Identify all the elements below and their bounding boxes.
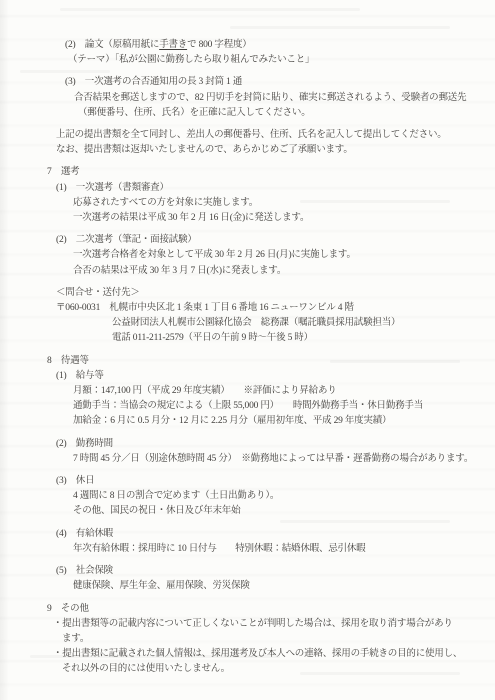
document-body: (2) 論文（原稿用紙に手書きで 800 字程度）（テーマ）「私が公園に勤務した… <box>0 38 495 678</box>
doc-line: (3) 一次選考の合否通知用の長 3 封筒 1 通 <box>65 75 495 90</box>
doc-line: 電話 011-211-2579（平日の午前 9 時～午後 5 時） <box>112 331 495 346</box>
doc-line: 健康保険、厚生年金、雇用保険、労災保険 <box>73 579 495 594</box>
doc-line: 加給金：6 月に 0.5 月分・12 月に 2.25 月分（雇用初年度、平成 2… <box>73 414 495 429</box>
doc-line: 上記の提出書類を全て同封し、差出人の郵便番号、住所、氏名を記入して提出してくださ… <box>56 128 495 143</box>
doc-line: (2) 論文（原稿用紙に手書きで 800 字程度） <box>65 38 495 53</box>
doc-line: 8 待遇等 <box>47 354 495 369</box>
doc-line: 合否の結果は平成 30 年 3 月 7 日(水)に発表します。 <box>73 264 495 279</box>
doc-line: 4 週間に 8 日の割合で定めます（土日出勤あり）。 <box>73 489 495 504</box>
doc-line: 公益財団法人札幌市公園緑化協会 総務課（嘱託職員採用試験担当） <box>112 316 495 331</box>
scan-artifact <box>230 26 450 29</box>
doc-line: その他、国民の祝日・休日及び年末年始 <box>73 504 495 519</box>
doc-line: 応募されたすべての方を対象に実施します。 <box>73 196 495 211</box>
doc-line: (1) 給与等 <box>56 369 495 384</box>
doc-line: 年次有給休暇：採用時に 10 日付与 特別休暇：結婚休暇、忌引休暇 <box>73 542 495 557</box>
underlined-text: 手書き <box>159 40 187 50</box>
doc-line: なお、提出書類は返却いたしませんので、あらかじめご了承願います。 <box>56 143 495 158</box>
doc-line: (5) 社会保険 <box>56 564 495 579</box>
doc-line: 9 その他 <box>47 602 495 617</box>
doc-line: 7 選考 <box>47 165 495 180</box>
text-segment: (2) 論文（原稿用紙に <box>65 40 159 50</box>
doc-line: それ以外の目的には使用いたしません。 <box>62 662 495 677</box>
doc-line: 一次選考の結果は平成 30 年 2 月 16 日(金)に発送します。 <box>73 211 495 226</box>
scan-artifact <box>60 8 360 11</box>
doc-line: (2) 勤務時間 <box>56 437 495 452</box>
doc-line: 〒060-0031 札幌市中央区北 1 条東 1 丁目 6 番地 16 ニューワ… <box>56 301 495 316</box>
doc-line: 7 時間 45 分／日（別途休憩時間 45 分） ※勤務地によっては早番・遅番勤… <box>73 452 495 467</box>
doc-line: 月額：147,100 円（平成 29 年度実績） ※評価により昇給あり <box>73 384 495 399</box>
doc-line: 合否結果を郵送しますので、82 円切手を封筒に貼り、確実に郵送されるよう、受験者… <box>74 91 495 106</box>
doc-line: (3) 休日 <box>56 474 495 489</box>
doc-line: （テーマ）「私が公園に勤務したら取り組んでみたいこと」 <box>68 53 495 68</box>
text-segment: で 800 字程度） <box>187 40 252 50</box>
doc-line: (1) 一次選考（書類審査） <box>56 181 495 196</box>
doc-line: ・提出書類に記載された個人情報は、採用選考及び本人への連絡、採用の手続きの目的に… <box>53 647 495 662</box>
doc-line: (2) 二次選考（筆記・面接試験） <box>56 233 495 248</box>
doc-line: ＜問合せ・送付先＞ <box>56 286 495 301</box>
document-page: (2) 論文（原稿用紙に手書きで 800 字程度）（テーマ）「私が公園に勤務した… <box>0 0 495 700</box>
doc-line: (4) 有給休暇 <box>56 527 495 542</box>
doc-line: 通勤手当：当協会の規定による（上限 55,000 円） 時間外勤務手当・休日勤務… <box>73 399 495 414</box>
doc-line: （郵便番号、住所、氏名）を正確に記入してください。 <box>78 106 495 121</box>
doc-line: 一次選考合格者を対象として平成 30 年 2 月 26 日(月)に実施します。 <box>73 248 495 263</box>
doc-line: ます。 <box>62 632 495 647</box>
doc-line: ・提出書類等の記載内容について正しくないことが判明した場合は、採用を取り消す場合… <box>53 617 495 632</box>
